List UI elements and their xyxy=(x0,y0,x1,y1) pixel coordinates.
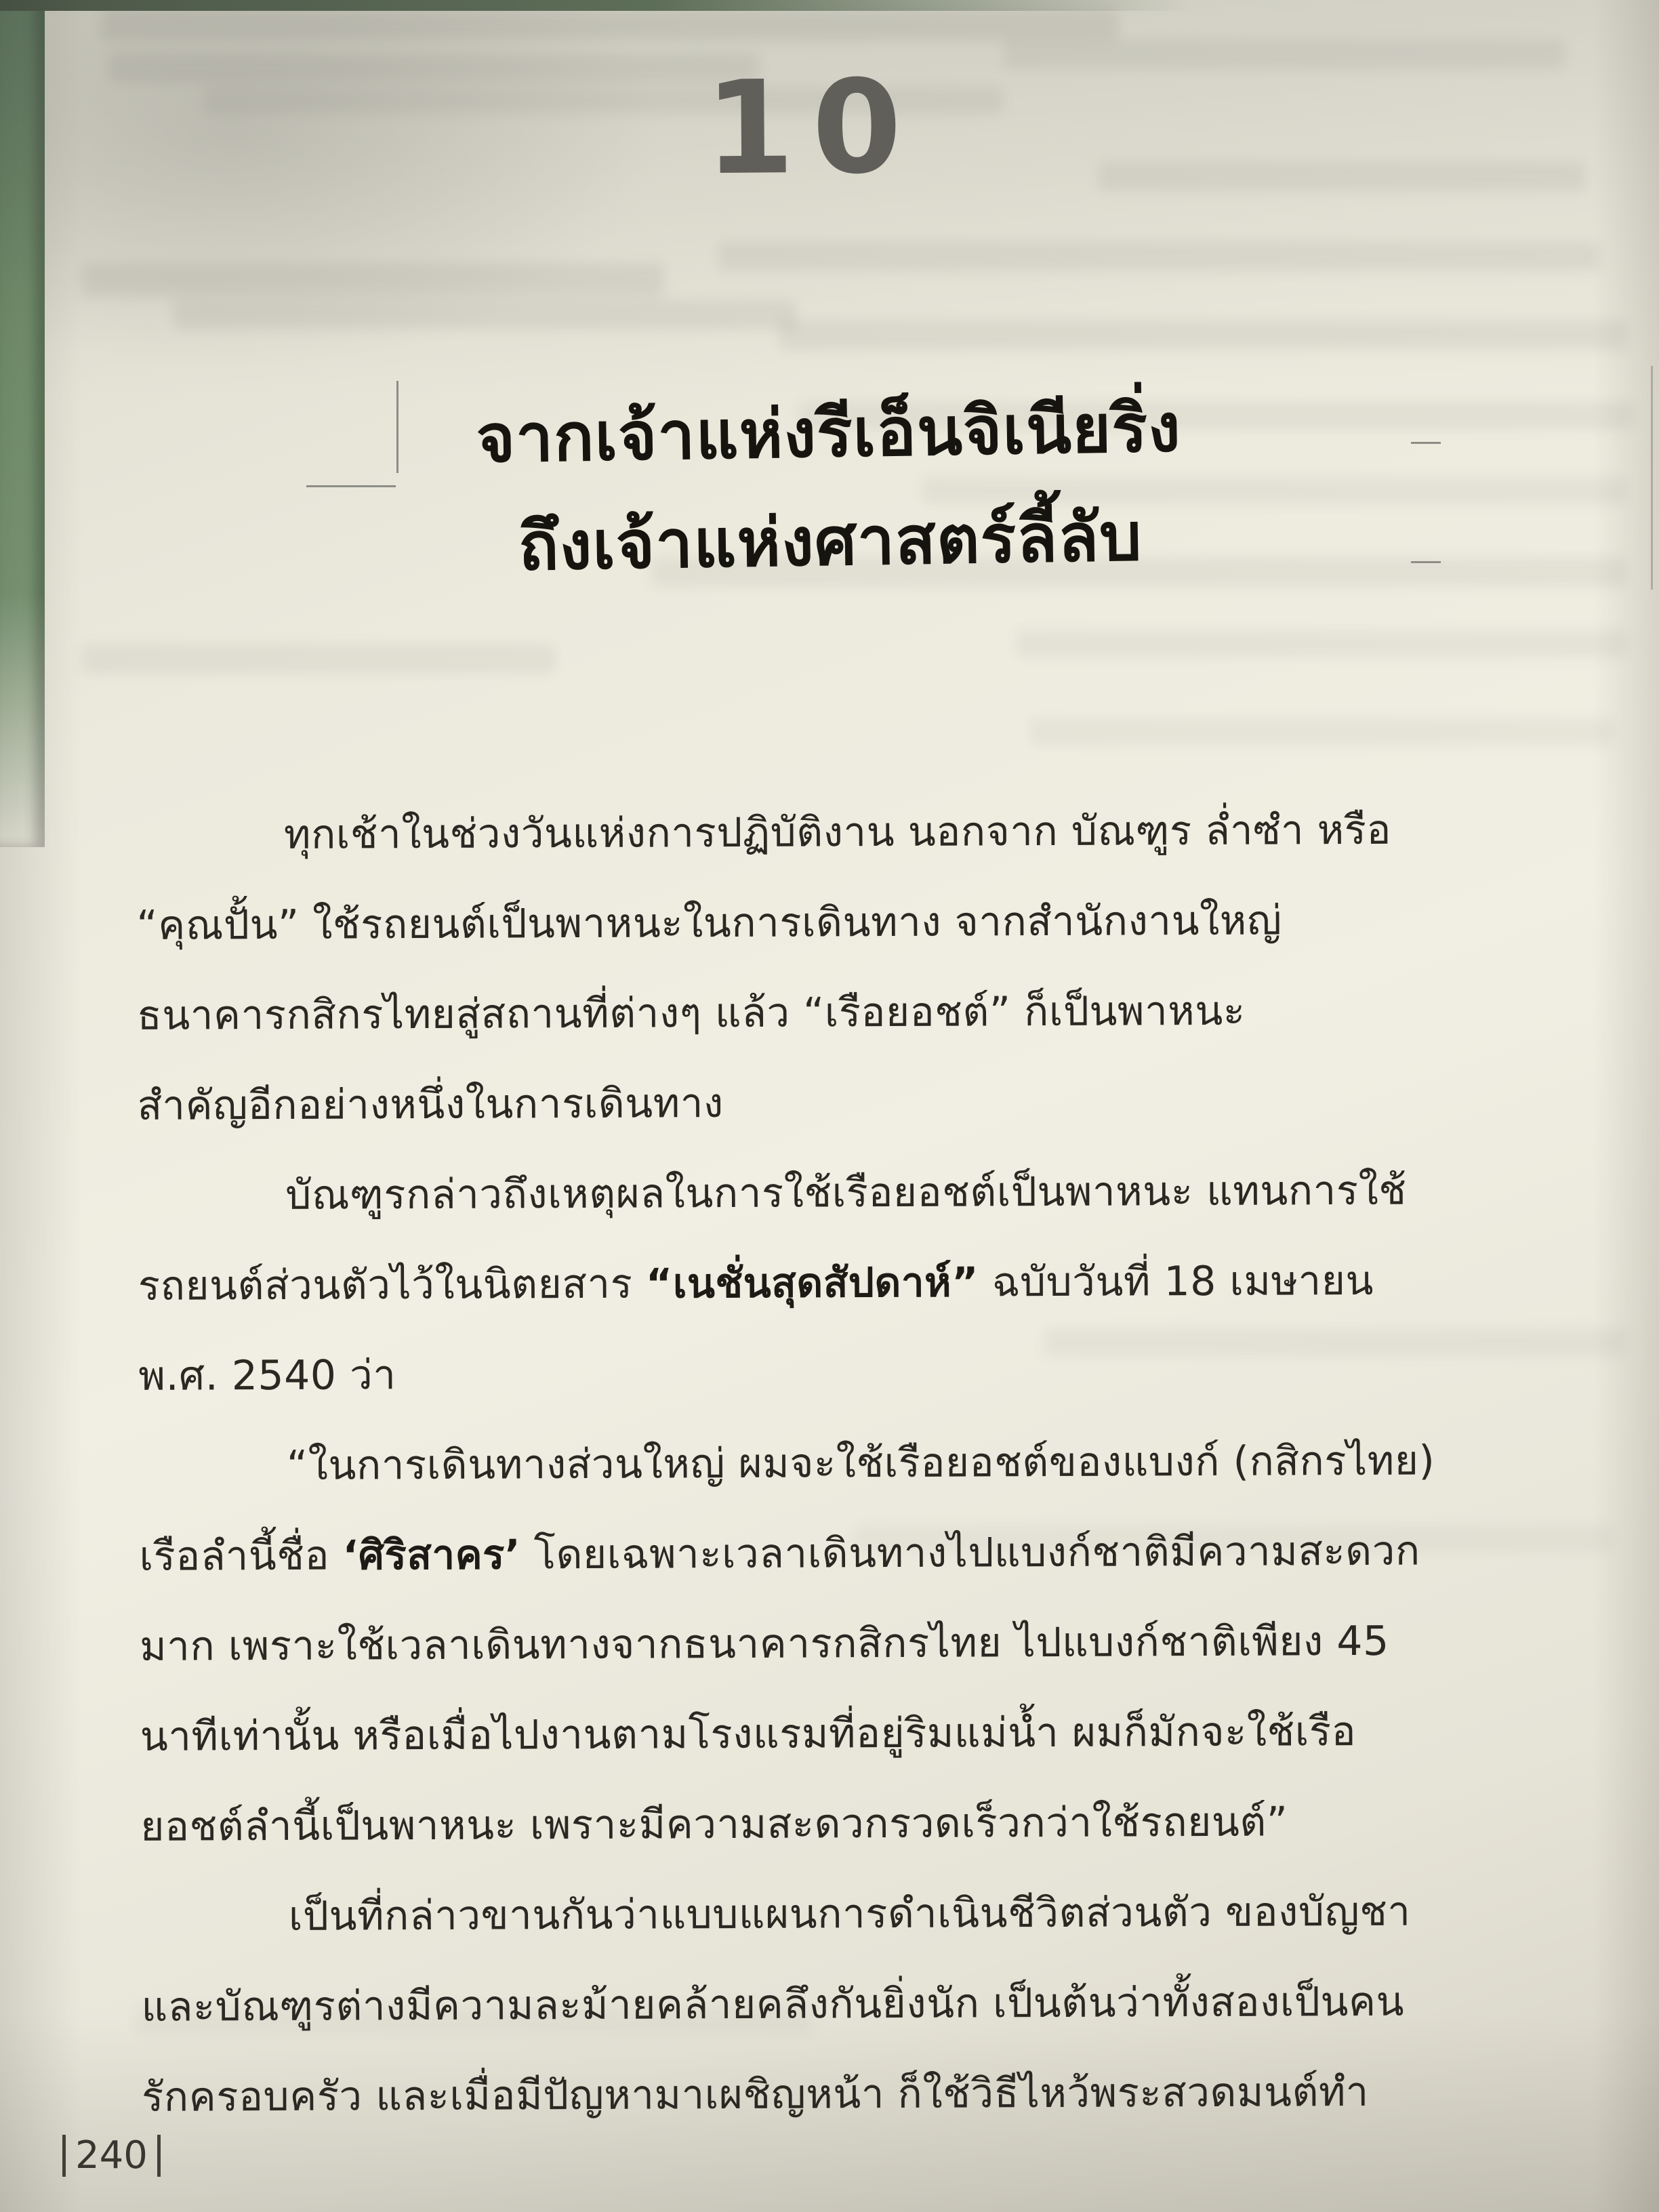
chapter-title-line-1: จากเจ้าแห่งรีเอ็นจิเนียริ่ง xyxy=(252,371,1406,497)
quote-continuation: โดยเฉพาะเวลาเดินทางไปแบงก์ชาติมีความสะดว… xyxy=(520,1528,1420,1579)
page-number: 240 xyxy=(62,2133,161,2177)
book-cover-edge-top xyxy=(0,0,1193,11)
chapter-number: 10 xyxy=(704,52,920,203)
crop-mark-right-lower xyxy=(1411,561,1441,563)
paragraph-4-line: เป็นที่กล่าวขานกันว่าแบบแผนการดำเนินชีวิ… xyxy=(141,1866,1656,1963)
bleedthrough-ghost-line xyxy=(1003,39,1565,69)
paragraph-4-line: รักครอบครัว และเมื่อมีปัญหามาเผชิญหน้า ก… xyxy=(142,2046,1657,2143)
body-text: ทุกเช้าในช่วงวันแห่งการปฏิบัติงาน นอกจาก… xyxy=(136,784,1657,2143)
quote-paragraph-line: “ในการเดินทางส่วนใหญ่ ผมจะใช้เรือยอชต์ขอ… xyxy=(139,1415,1654,1512)
paragraph-1-line: สำคัญอีกอย่างหนึ่งในการเดินทาง xyxy=(137,1054,1652,1151)
paragraph-2-line: รถยนต์ส่วนตัวไว้ในนิตยสาร “เนชั่นสุดสัปด… xyxy=(138,1235,1654,1332)
paragraph-4-line: และบัณฑูรต่างมีความละม้ายคล้ายคลึงกันยิ่… xyxy=(141,1956,1656,2053)
paragraph-2-line: พ.ศ. 2540 ว่า xyxy=(138,1325,1654,1422)
page-number-bar-right xyxy=(157,2135,161,2177)
magazine-name: “เนชั่นสุดสัปดาห์” xyxy=(646,1258,979,1307)
paragraph-2-line: บัณฑูรกล่าวถึงเหตุผลในการใช้เรือยอชต์เป็… xyxy=(138,1145,1653,1242)
issue-date: ฉบับวันที่ 18 เมษายน xyxy=(979,1257,1374,1307)
bleedthrough-ghost-line xyxy=(1017,630,1626,657)
bleedthrough-ghost-line xyxy=(173,300,796,329)
paragraph-1-line: “คุณปั้น” ใช้รถยนต์เป็นพาหนะในการเดินทาง… xyxy=(136,874,1652,971)
bleedthrough-ghost-line xyxy=(779,320,1626,350)
bleedthrough-ghost-line xyxy=(81,644,556,674)
bleedthrough-ghost-line xyxy=(718,241,1599,271)
page-number-value: 240 xyxy=(75,2133,148,2177)
page-number-bar-left xyxy=(62,2135,66,2177)
quote-paragraph-line: นาทีเท่านั้น หรือเมื่อไปงานตามโรงแรมที่อ… xyxy=(140,1685,1655,1782)
boat-name: ‘ศิริสาคร’ xyxy=(343,1531,521,1579)
quote-paragraph-line: ยอชต์ลำนี้เป็นพาหนะ เพราะมีความสะดวกรวดเ… xyxy=(140,1776,1656,1872)
book-cover-edge-left xyxy=(0,0,45,847)
chapter-title: จากเจ้าแห่งรีเอ็นจิเนียริ่ง ถึงเจ้าแห่งศ… xyxy=(252,371,1408,606)
bleedthrough-ghost-line xyxy=(1098,161,1586,191)
crop-mark-right-upper xyxy=(1411,442,1441,444)
magazine-name-context: รถยนต์ส่วนตัวไว้ในนิตยสาร xyxy=(138,1261,646,1310)
boat-name-context: เรือลำนี้ชื่อ xyxy=(139,1532,342,1580)
bleedthrough-ghost-line xyxy=(108,53,759,83)
paragraph-1-line: ทุกเช้าในช่วงวันแห่งการปฏิบัติงาน นอกจาก… xyxy=(136,784,1652,881)
quote-paragraph-line: เรือลำนี้ชื่อ ‘ศิริสาคร’ โดยเฉพาะเวลาเดิ… xyxy=(139,1505,1654,1602)
bleedthrough-ghost-line xyxy=(1030,718,1613,745)
quote-paragraph-line: มาก เพราะใช้เวลาเดินทางจากธนาคารกสิกรไทย… xyxy=(140,1595,1655,1692)
bleedthrough-ghost-line xyxy=(102,9,1118,41)
bleedthrough-ghost-line xyxy=(81,263,664,297)
page-edge-line-right xyxy=(1651,366,1653,590)
paragraph-1-line: ธนาคารกสิกรไทยสู่สถานที่ต่างๆ แล้ว “เรือ… xyxy=(137,964,1652,1061)
chapter-title-line-2: ถึงเจ้าแห่งศาสตร์ลี้ลับ xyxy=(253,479,1407,606)
